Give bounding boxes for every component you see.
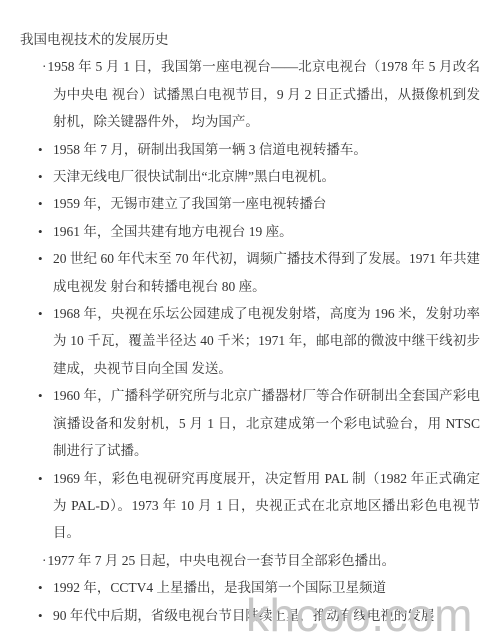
list-item: •1961 年，全国共建有地方电视台 19 座。	[36, 218, 480, 245]
bullet-list: ·1958 年 5 月 1 日，我国第一座电视台——北京电视台（1978 年 5…	[36, 53, 480, 629]
bullet-marker-icon: •	[38, 574, 43, 601]
bullet-marker-icon: •	[38, 300, 43, 327]
list-item-text: 1977 年 7 月 25 日起，中央电视台一套节目全部彩色播出。	[48, 553, 396, 568]
list-item-text: 20 世纪 60 年代末至 70 年代初，调频广播技术得到了发展。1971 年共…	[53, 251, 480, 293]
list-item: ·1977 年 7 月 25 日起，中央电视台一套节目全部彩色播出。	[36, 547, 480, 574]
bullet-marker-icon: •	[38, 382, 43, 409]
list-item-text: 1959 年，无锡市建立了我国第一座电视转播台	[53, 196, 326, 211]
list-item: •天津无线电厂很快试制出“北京牌”黑白电视机。	[36, 163, 480, 190]
list-item: ·1958 年 5 月 1 日，我国第一座电视台——北京电视台（1978 年 5…	[36, 53, 480, 135]
list-item-text: 1960 年，广播科学研究所与北京广播器材厂等合作研制出全套国产彩电演播设备和发…	[53, 388, 480, 458]
bullet-marker-icon: •	[38, 245, 43, 272]
list-item: •1969 年，彩色电视研究再度展开，决定暂用 PAL 制（1982 年正式确定…	[36, 465, 480, 547]
page-title: 我国电视技术的发展历史	[0, 0, 500, 53]
list-item: •1968 年，央视在乐坛公园建成了电视发射塔，高度为 196 米，发射功率为 …	[36, 300, 480, 382]
list-item: •1960 年，广播科学研究所与北京广播器材厂等合作研制出全套国产彩电演播设备和…	[36, 382, 480, 464]
list-item: •20 世纪 60 年代末至 70 年代初，调频广播技术得到了发展。1971 年…	[36, 245, 480, 300]
list-item-text: 天津无线电厂很快试制出“北京牌”黑白电视机。	[53, 169, 335, 184]
document-page: 我国电视技术的发展历史 ·1958 年 5 月 1 日，我国第一座电视台——北京…	[0, 0, 500, 638]
bullet-marker-icon: •	[38, 602, 43, 629]
list-item-text: 1968 年，央视在乐坛公园建成了电视发射塔，高度为 196 米，发射功率为 1…	[53, 306, 480, 376]
list-item: •1958 年 7 月，研制出我国第一辆 3 信道电视转播车。	[36, 136, 480, 163]
list-item-text: 1969 年，彩色电视研究再度展开，决定暂用 PAL 制（1982 年正式确定为…	[53, 471, 480, 541]
list-item-text: 1961 年，全国共建有地方电视台 19 座。	[53, 224, 293, 239]
list-item-text: 1958 年 7 月，研制出我国第一辆 3 信道电视转播车。	[53, 142, 367, 157]
watermark: khcoo.com	[246, 588, 473, 638]
list-item: •1959 年，无锡市建立了我国第一座电视转播台	[36, 190, 480, 217]
bullet-marker-icon: •	[38, 163, 43, 190]
bullet-marker-icon: •	[38, 190, 43, 217]
bullet-marker-icon: •	[38, 218, 43, 245]
bullet-marker-icon: •	[38, 465, 43, 492]
bullet-marker-icon: •	[38, 136, 43, 163]
list-item-text: 1958 年 5 月 1 日，我国第一座电视台——北京电视台（1978 年 5 …	[48, 59, 481, 129]
